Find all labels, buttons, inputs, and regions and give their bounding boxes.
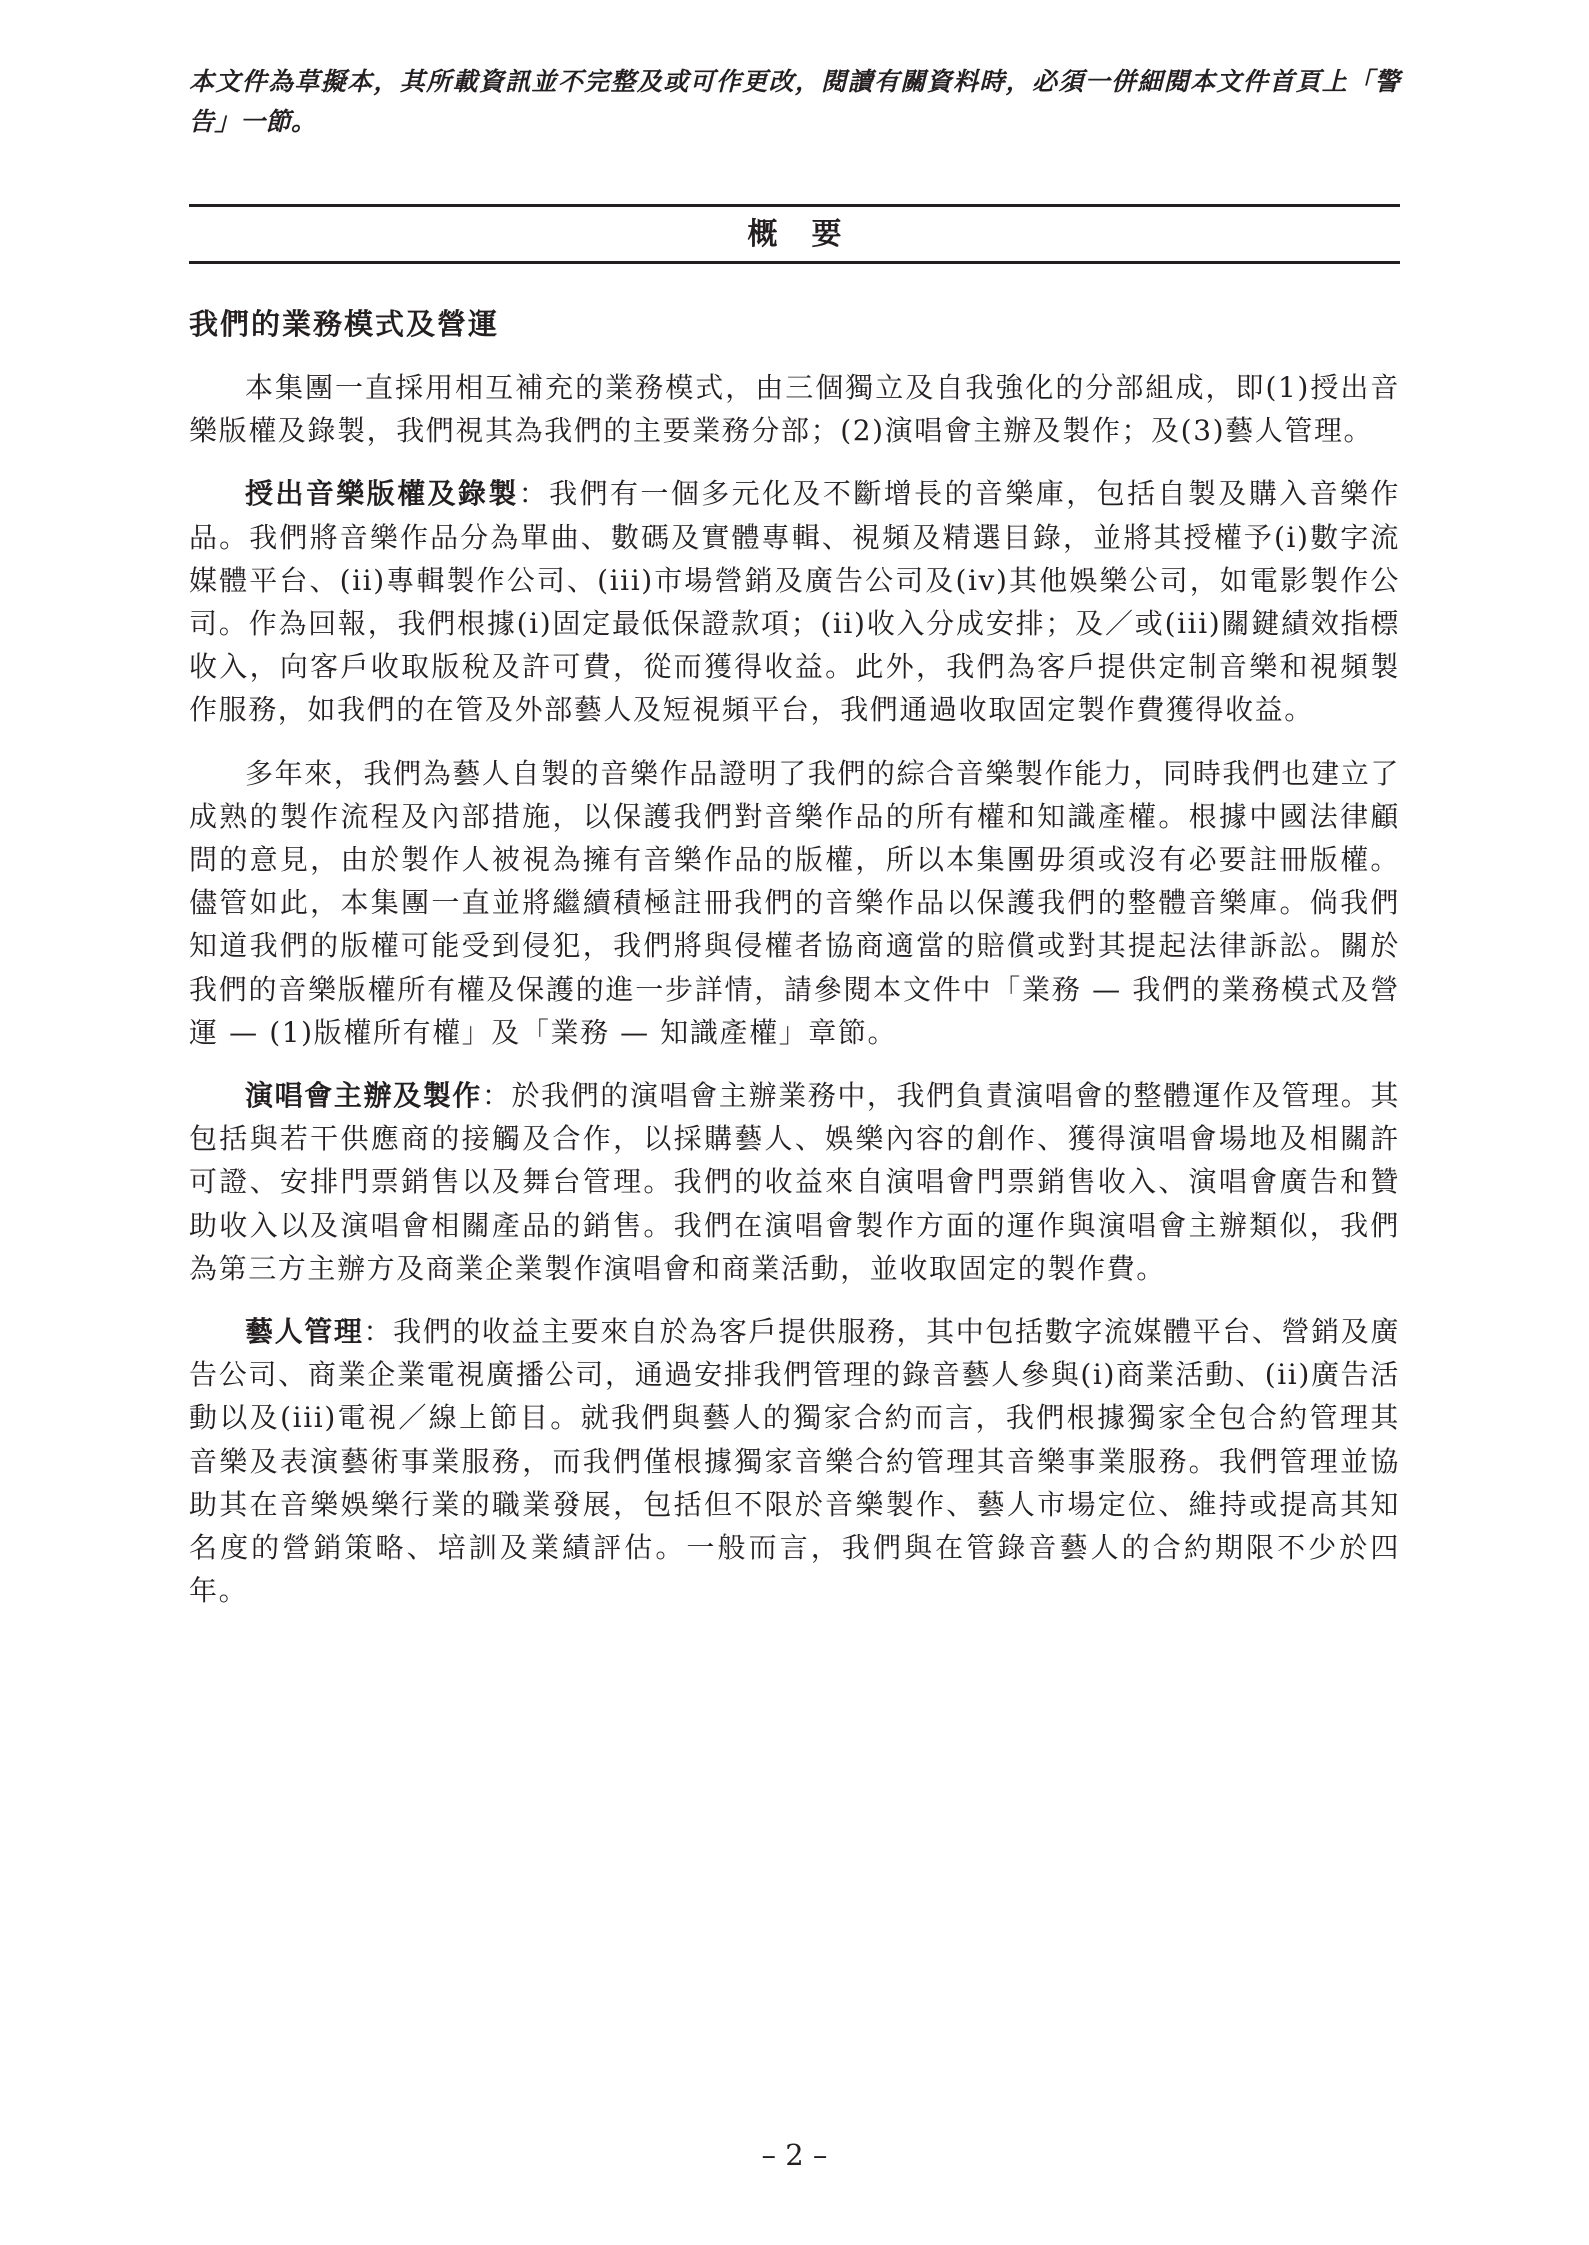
paragraph-text: ：我們的收益主要來自於為客戶提供服務，其中包括數字流媒體平台、營銷及廣告公司、商… bbox=[189, 1315, 1400, 1607]
paragraph-text: 多年來，我們為藝人自製的音樂作品證明了我們的綜合音樂製作能力，同時我們也建立了成… bbox=[189, 757, 1400, 1049]
page-number: – 2 – bbox=[189, 2137, 1400, 2173]
subsection-heading: 我們的業務模式及營運 bbox=[189, 304, 499, 344]
paragraph-music-licensing: 授出音樂版權及錄製：我們有一個多元化及不斷增長的音樂庫，包括自製及購入音樂作品。… bbox=[189, 472, 1400, 731]
paragraph-concert-organisation: 演唱會主辦及製作：於我們的演唱會主辦業務中，我們負責演唱會的整體運作及管理。其包… bbox=[189, 1074, 1400, 1290]
paragraph-text: 本集團一直採用相互補充的業務模式，由三個獨立及自我強化的分部組成，即(1)授出音… bbox=[189, 371, 1400, 447]
draft-warning-notice: 本文件為草擬本，其所載資訊並不完整及或可作更改，閱讀有關資料時，必須一併細閱本文… bbox=[189, 62, 1400, 142]
paragraph-business-model-intro: 本集團一直採用相互補充的業務模式，由三個獨立及自我強化的分部組成，即(1)授出音… bbox=[189, 366, 1400, 452]
paragraph-lead: 藝人管理 bbox=[245, 1315, 363, 1348]
paragraph-lead: 演唱會主辦及製作 bbox=[245, 1079, 482, 1112]
paragraph-artist-management: 藝人管理：我們的收益主要來自於為客戶提供服務，其中包括數字流媒體平台、營銷及廣告… bbox=[189, 1310, 1400, 1612]
section-title: 概要 bbox=[189, 213, 1400, 257]
section-title-bottom-rule bbox=[189, 261, 1400, 264]
paragraph-music-production-capability: 多年來，我們為藝人自製的音樂作品證明了我們的綜合音樂製作能力，同時我們也建立了成… bbox=[189, 752, 1400, 1054]
paragraph-lead: 授出音樂版權及錄製 bbox=[245, 477, 519, 510]
section-title-top-rule bbox=[189, 204, 1400, 207]
body-text: 本集團一直採用相互補充的業務模式，由三個獨立及自我強化的分部組成，即(1)授出音… bbox=[189, 366, 1400, 1632]
paragraph-text: ：我們有一個多元化及不斷增長的音樂庫，包括自製及購入音樂作品。我們將音樂作品分為… bbox=[189, 477, 1400, 726]
